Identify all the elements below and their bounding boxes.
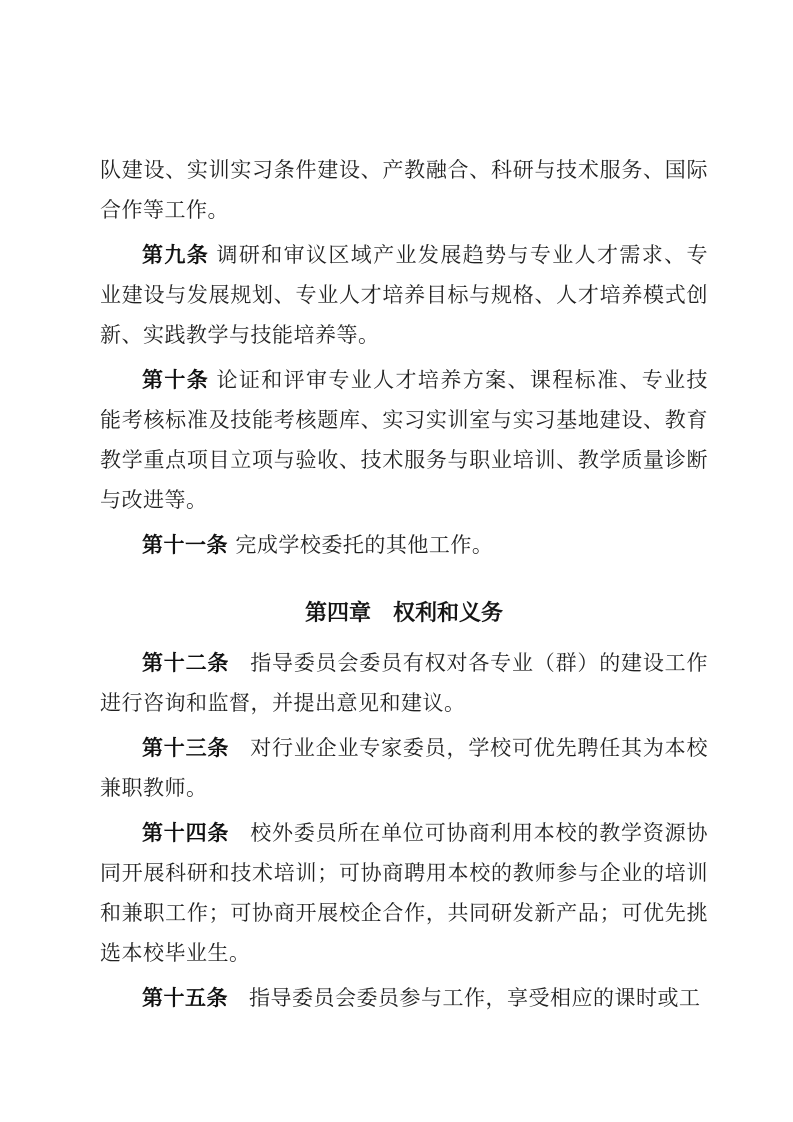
chapter-title: 权利和义务 (393, 600, 503, 625)
article-14-number: 第十四条 (142, 821, 229, 845)
paragraph-continuation: 队建设、实训实习条件建设、产教融合、科研与技术服务、国际合作等工作。 (100, 150, 708, 230)
paragraph-text: 队建设、实训实习条件建设、产教融合、科研与技术服务、国际合作等工作。 (100, 158, 708, 222)
article-12-number: 第十二条 (142, 651, 229, 675)
article-13-paragraph: 第十三条对行业企业专家委员，学校可优先聘任其为本校兼职教师。 (100, 728, 708, 808)
paragraph-text: 指导委员会委员参与工作，享受相应的课时或工 (249, 986, 701, 1010)
article-15-paragraph: 第十五条指导委员会委员参与工作，享受相应的课时或工 (100, 978, 708, 1018)
document-page: 队建设、实训实习条件建设、产教融合、科研与技术服务、国际合作等工作。 第九条调研… (0, 0, 793, 1122)
article-11-number: 第十一条 (142, 533, 228, 557)
article-15-number: 第十五条 (142, 986, 228, 1010)
article-9-paragraph: 第九条调研和审议区域产业发展趋势与专业人才需求、专业建设与发展规划、专业人才培养… (100, 235, 708, 355)
chapter-number: 第四章 (305, 600, 371, 625)
article-13-number: 第十三条 (142, 736, 229, 760)
article-14-paragraph: 第十四条校外委员所在单位可协商利用本校的教学资源协同开展科研和技术培训；可协商聘… (100, 813, 708, 973)
article-9-number: 第九条 (142, 243, 209, 267)
article-10-paragraph: 第十条论证和评审专业人才培养方案、课程标准、专业技能考核标准及技能考核题库、实习… (100, 360, 708, 520)
article-11-paragraph: 第十一条完成学校委托的其他工作。 (100, 525, 708, 565)
article-12-paragraph: 第十二条指导委员会委员有权对各专业（群）的建设工作进行咨询和监督，并提出意见和建… (100, 643, 708, 723)
paragraph-text: 完成学校委托的其他工作。 (235, 533, 493, 557)
page-content: 队建设、实训实习条件建设、产教融合、科研与技术服务、国际合作等工作。 第九条调研… (100, 150, 708, 1023)
article-10-number: 第十条 (142, 368, 209, 392)
chapter-heading: 第四章权利和义务 (100, 593, 708, 633)
